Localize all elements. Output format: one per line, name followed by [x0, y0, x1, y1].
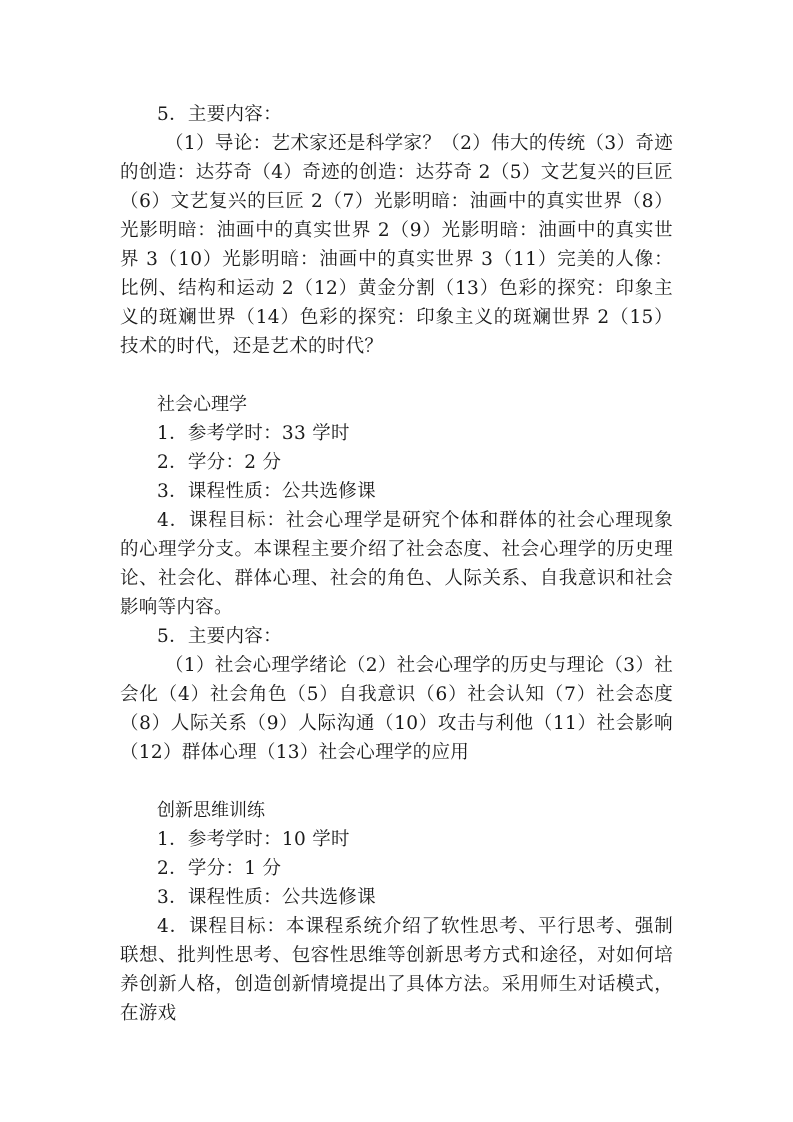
social-psych-main-content-text: （1）社会心理学绪论（2）社会心理学的历史与理论（3）社会化（4）社会角色（5）… [120, 651, 673, 767]
social-psych-main-content-label: 5．主要内容： [120, 622, 673, 651]
innovation-goal: 4．课程目标：本课程系统介绍了软性思考、平行思考、强制联想、批判性思考、包容性思… [120, 912, 673, 1028]
document-page: 5．主要内容： （1）导论：艺术家还是科学家？（2）伟大的传统（3）奇迹的创造：… [120, 100, 673, 1028]
social-psych-hours: 1．参考学时：33 学时 [120, 419, 673, 448]
innovation-credits: 2．学分：1 分 [120, 854, 673, 883]
art-main-content-text: （1）导论：艺术家还是科学家？（2）伟大的传统（3）奇迹的创造：达芬奇（4）奇迹… [120, 129, 673, 361]
social-psych-credits: 2．学分：2 分 [120, 448, 673, 477]
social-psych-title: 社会心理学 [120, 390, 673, 419]
art-main-content-label: 5．主要内容： [120, 100, 673, 129]
innovation-type: 3．课程性质：公共选修课 [120, 883, 673, 912]
social-psych-type: 3．课程性质：公共选修课 [120, 477, 673, 506]
spacer [120, 361, 673, 390]
innovation-title: 创新思维训练 [120, 796, 673, 825]
spacer [120, 767, 673, 796]
innovation-hours: 1．参考学时：10 学时 [120, 825, 673, 854]
social-psych-goal: 4．课程目标：社会心理学是研究个体和群体的社会心理现象的心理学分支。本课程主要介… [120, 506, 673, 622]
